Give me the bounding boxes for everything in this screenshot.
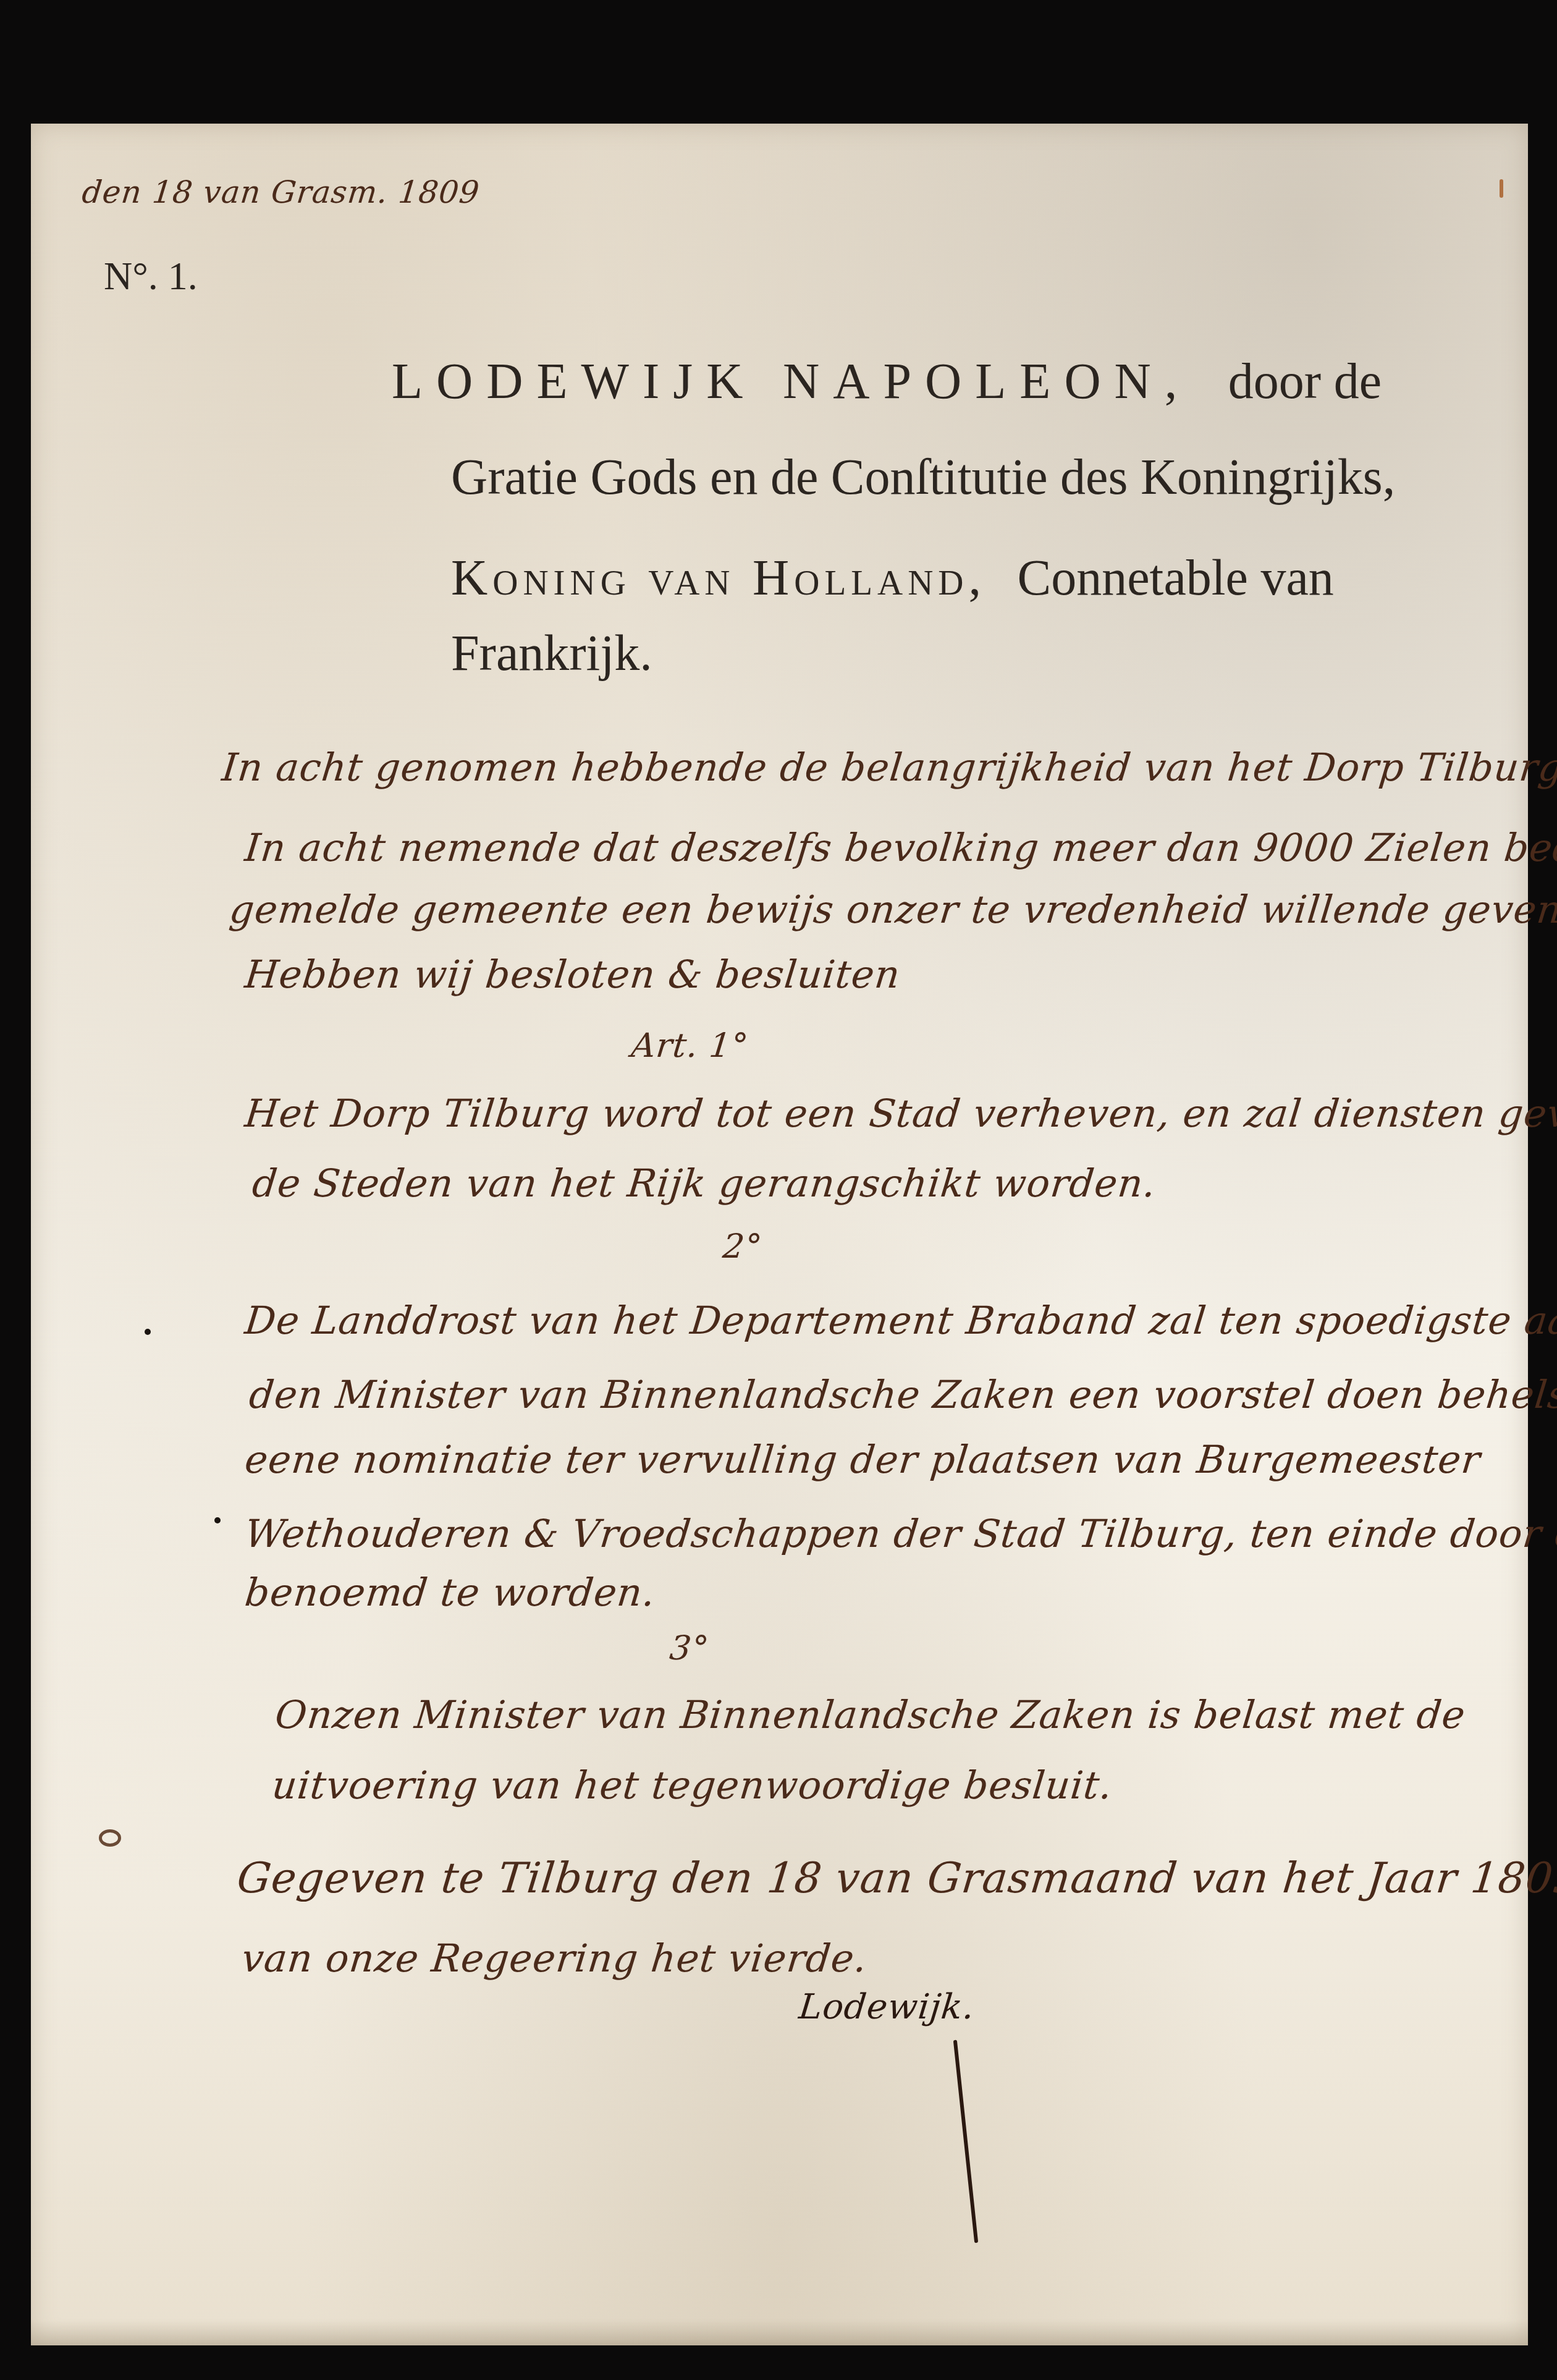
preamble-line: In acht nemende dat deszelfs bevolking m… — [243, 825, 1557, 870]
closing-line: van onze Regeering het vierde. — [240, 1936, 869, 1981]
article-3-line: uitvoering van het tegenwoordige besluit… — [270, 1763, 1115, 1808]
article-2-line: eene nominatie ter vervulling der plaats… — [243, 1437, 1483, 1482]
printed-header-line-1: LODEWIJK NAPOLEON, door de — [392, 352, 1382, 410]
article-2-heading: 2° — [721, 1227, 764, 1266]
closing-line: Gegeven te Tilburg den 18 van Grasmaand … — [235, 1854, 1557, 1903]
article-1-line: de Steden van het Rijk gerangschikt word… — [250, 1161, 1158, 1206]
article-2-line: De Landdrost van het Departement Braband… — [243, 1298, 1557, 1343]
article-3-heading: 3° — [668, 1628, 711, 1667]
printed-header-line-2: Gratie Gods en de Conſtitutie des Koning… — [451, 448, 1395, 506]
king-name: LODEWIJK NAPOLEON, — [392, 353, 1191, 409]
margin-date-note: den 18 van Grasm. 1809 — [80, 174, 481, 210]
article-2-line: Wethouderen & Vroedschappen der Stad Til… — [243, 1511, 1557, 1556]
article-2-line: den Minister van Binnenlandsche Zaken ee… — [247, 1372, 1557, 1417]
ink-ring-mark — [99, 1829, 121, 1847]
preamble-line: gemelde gemeente een bewijs onzer te vre… — [227, 887, 1557, 932]
printed-header-line-4: Frankrijk. — [451, 624, 652, 682]
article-3-line: Onzen Minister van Binnenlandsche Zaken … — [273, 1692, 1467, 1737]
printed-header-line-3: Koning van Holland, Connetable van — [451, 549, 1334, 607]
article-1-line: Het Dorp Tilburg word tot een Stad verhe… — [243, 1091, 1557, 1136]
article-1-heading: Art. 1° — [630, 1026, 751, 1065]
royal-title: Koning van Holland, — [451, 549, 986, 606]
header-line1-rest: door de — [1228, 353, 1382, 409]
preamble-line: In acht genomen hebbende de belangrijkhe… — [220, 745, 1557, 790]
ink-spot — [214, 1517, 221, 1523]
document-number: N°. 1. — [104, 253, 198, 299]
ink-spot — [1500, 179, 1503, 198]
royal-signature: Lodewijk. — [797, 1987, 977, 2027]
article-2-line: benoemd te worden. — [243, 1570, 658, 1615]
ink-spot — [145, 1329, 151, 1335]
header-line3-rest: Connetable van — [1018, 549, 1334, 606]
preamble-line: Hebben wij besloten & besluiten — [243, 952, 903, 997]
